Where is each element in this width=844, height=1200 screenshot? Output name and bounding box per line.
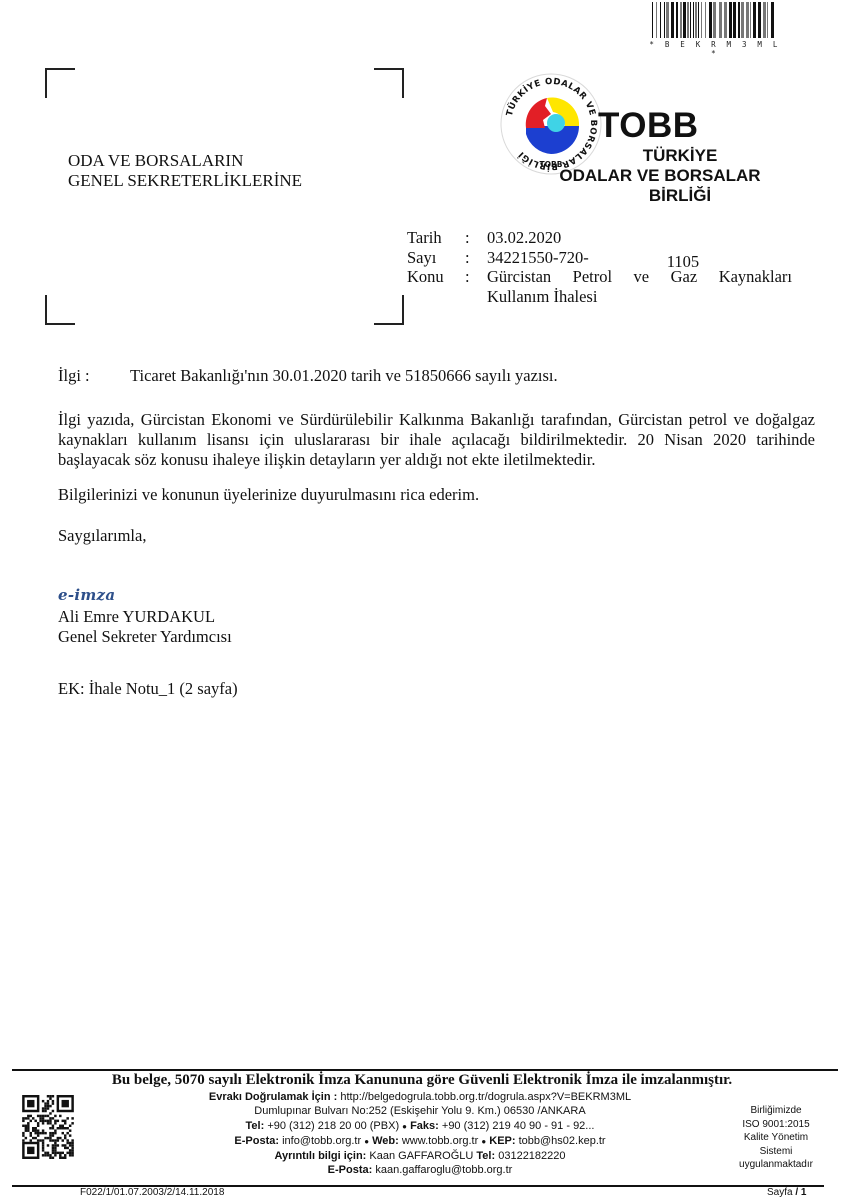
contact-email-label: E-Posta:: [328, 1164, 373, 1176]
email-link[interactable]: info@tobb.org.tr: [282, 1135, 361, 1147]
form-code: F022/1/01.07.2003/2/14.11.2018: [80, 1187, 224, 1198]
date-value: 03.02.2020: [487, 228, 792, 248]
qr-code: [22, 1095, 74, 1159]
logo-subtitle: TÜRKİYE ODALAR VE BORSALAR BİRLİĞİ: [545, 146, 775, 206]
bullet-icon: ●: [364, 1137, 369, 1146]
web-link[interactable]: www.tobb.org.tr: [402, 1135, 478, 1147]
contact-email-line: E-Posta: kaan.gaffaroglu@tobb.org.tr: [160, 1163, 680, 1177]
e-signature-label: e-imza: [58, 586, 115, 604]
recipient: ODA VE BORSALARIN GENEL SEKRETERLİKLERİN…: [68, 151, 302, 191]
corner-mark-bottom-right: [374, 295, 404, 325]
fax-label: Faks:: [410, 1120, 439, 1132]
recipient-line-1: ODA VE BORSALARIN: [68, 151, 302, 171]
number-value: 34221550-720-: [487, 248, 589, 267]
attachment: EK: İhale Notu_1 (2 sayfa): [58, 679, 238, 699]
footer-info: Evrakı Doğrulamak İçin : http://belgedog…: [160, 1090, 680, 1178]
date-row: Tarih : 03.02.2020: [407, 228, 792, 248]
contact-name: Kaan GAFFAROĞLU: [369, 1150, 473, 1162]
contact-line: E-Posta: info@tobb.org.tr ● Web: www.tob…: [160, 1134, 680, 1149]
corner-mark-top-right: [374, 68, 404, 98]
footer-divider-top: [12, 1069, 838, 1071]
subject-value-line-1: Gürcistan Petrol ve Gaz Kaynakları: [487, 267, 792, 287]
barcode-text: * B E K R M 3 M L *: [648, 40, 782, 58]
fax-value: +90 (312) 219 40 90 - 91 - 92...: [442, 1120, 595, 1132]
iso-notice: Birliğimizde ISO 9001:2015 Kalite Yöneti…: [726, 1104, 826, 1172]
tel-label: Tel:: [246, 1120, 265, 1132]
recipient-line-2: GENEL SEKRETERLİKLERİNE: [68, 171, 302, 191]
page-label: Sayfa: [767, 1187, 793, 1198]
verify-label: Evrakı Doğrulamak İçin :: [209, 1091, 337, 1103]
phone-line: Tel: +90 (312) 218 20 00 (PBX) ● Faks: +…: [160, 1119, 680, 1134]
kep-value[interactable]: tobb@hs02.kep.tr: [519, 1135, 606, 1147]
contact-label: Ayrıntılı bilgi için:: [274, 1150, 366, 1162]
signer-name: Ali Emre YURDAKUL: [58, 607, 232, 627]
verify-url[interactable]: http://belgedogrula.tobb.org.tr/dogrula.…: [340, 1091, 631, 1103]
kep-label: KEP:: [489, 1135, 515, 1147]
logo-subtitle-line-1: TÜRKİYE: [545, 146, 775, 166]
page-number: Sayfa / 1: [767, 1187, 806, 1198]
body-paragraph-1: İlgi yazıda, Gürcistan Ekonomi ve Sürdür…: [58, 410, 815, 470]
contact-tel-label: Tel:: [476, 1150, 495, 1162]
email-label: E-Posta:: [234, 1135, 279, 1147]
iso-line-4: Sistemi: [726, 1145, 826, 1159]
tel-value: +90 (312) 218 20 00 (PBX): [267, 1120, 399, 1132]
logo-subtitle-line-2: ODALAR VE BORSALAR: [545, 166, 775, 186]
web-label: Web:: [372, 1135, 399, 1147]
bullet-icon: ●: [402, 1122, 407, 1131]
contact-tel: 03122182220: [498, 1150, 565, 1162]
logo-subtitle-line-3: BİRLİĞİ: [545, 186, 775, 206]
detail-contact-line: Ayrıntılı bilgi için: Kaan GAFFAROĞLU Te…: [160, 1149, 680, 1163]
number-row: Sayı : 34221550-720-1105: [407, 248, 792, 268]
body-paragraph-2: Bilgilerinizi ve konunun üyelerinize duy…: [58, 485, 479, 505]
document-meta: Tarih : 03.02.2020 Sayı : 34221550-720-1…: [407, 228, 792, 306]
subject-label: Konu: [407, 267, 465, 287]
address-line: Dumlupınar Bulvarı No:252 (Eskişehir Yol…: [160, 1104, 680, 1118]
number-label: Sayı: [407, 248, 465, 268]
signer: Ali Emre YURDAKUL Genel Sekreter Yardımc…: [58, 607, 232, 647]
number-separator: :: [465, 248, 487, 268]
iso-line-1: Birliğimizde: [726, 1104, 826, 1118]
iso-line-5: uygulanmaktadır: [726, 1158, 826, 1172]
verify-line: Evrakı Doğrulamak İçin : http://belgedog…: [160, 1090, 680, 1104]
corner-mark-top-left: [45, 68, 75, 98]
bullet-icon: ●: [481, 1137, 486, 1146]
closing: Saygılarımla,: [58, 526, 146, 546]
iso-line-3: Kalite Yönetim: [726, 1131, 826, 1145]
date-separator: :: [465, 228, 487, 248]
date-label: Tarih: [407, 228, 465, 248]
signer-title: Genel Sekreter Yardımcısı: [58, 627, 232, 647]
subject-row: Konu : Gürcistan Petrol ve Gaz Kaynaklar…: [407, 267, 792, 287]
contact-email-link[interactable]: kaan.gaffaroglu@tobb.org.tr: [375, 1164, 512, 1176]
iso-line-2: ISO 9001:2015: [726, 1118, 826, 1132]
esign-notice: Bu belge, 5070 sayılı Elektronik İmza Ka…: [0, 1072, 844, 1089]
reference-text: Ticaret Bakanlığı'nın 30.01.2020 tarih v…: [130, 366, 558, 386]
reference: İlgi : Ticaret Bakanlığı'nın 30.01.2020 …: [58, 366, 558, 386]
subject-separator: :: [465, 267, 487, 287]
logo-title: TOBB: [598, 106, 699, 146]
number-suffix: 1105: [667, 252, 699, 271]
reference-label: İlgi :: [58, 366, 130, 386]
corner-mark-bottom-left: [45, 295, 75, 325]
subject-value-line-2: Kullanım İhalesi: [487, 287, 792, 307]
page-value: / 1: [795, 1187, 806, 1198]
barcode: [652, 2, 778, 38]
